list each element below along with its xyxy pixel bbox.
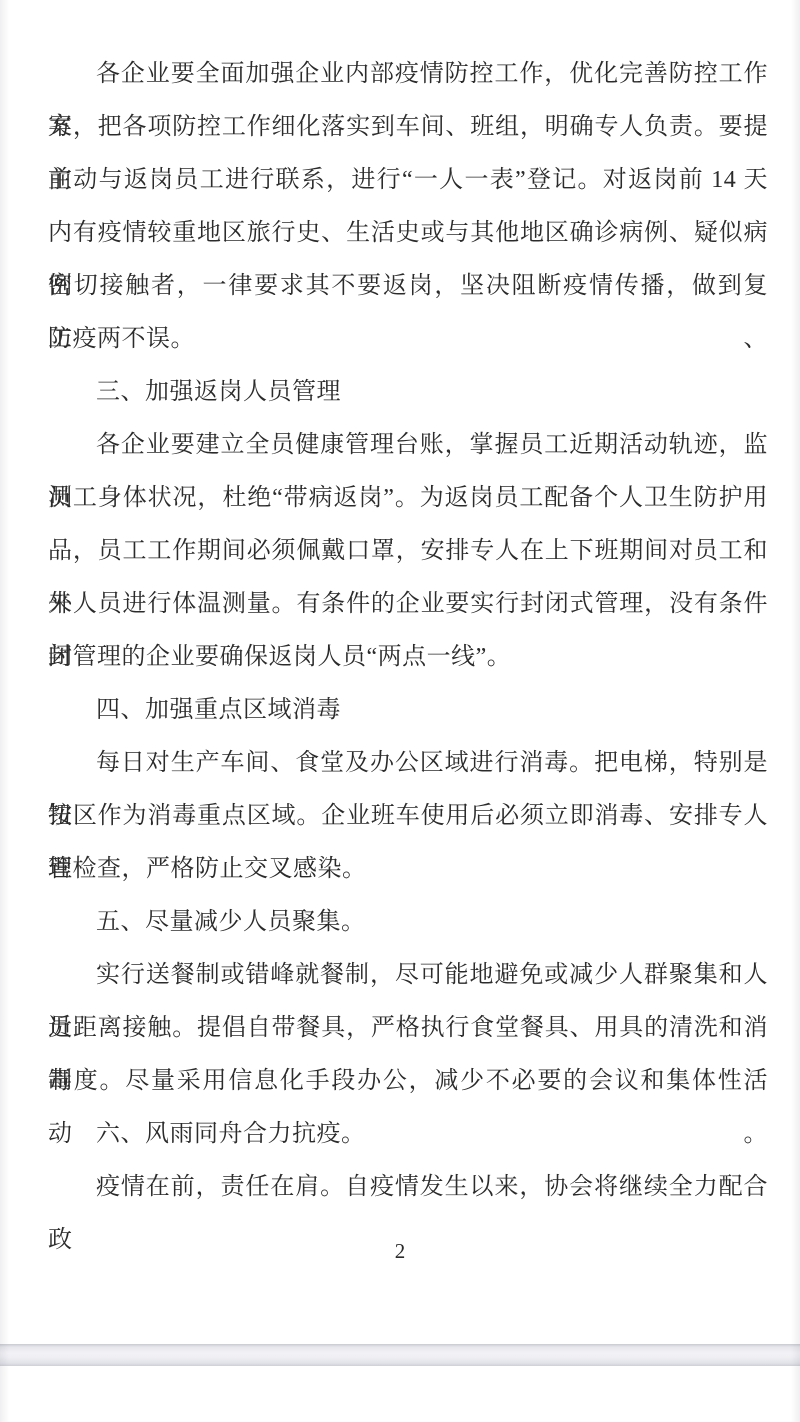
- text-line: 各企业要全面加强企业内部疫情防控工作，优化完善防控工作方: [48, 48, 768, 101]
- text-line: 案，把各项防控工作细化落实到车间、班组，明确专人负责。要提前: [48, 101, 768, 154]
- document-body: 各企业要全面加强企业内部疫情防控工作，优化完善防控工作方案，把各项防控工作细化落…: [48, 48, 768, 1214]
- heading-line: 三、加强返岗人员管理: [48, 366, 768, 419]
- heading-line: 四、加强重点区域消毒: [48, 684, 768, 737]
- text-line: 各企业要建立全员健康管理台账，掌握员工近期活动轨迹，监测: [48, 419, 768, 472]
- text-line: 制度。尽量采用信息化手段办公，减少不必要的会议和集体性活动。: [48, 1055, 768, 1108]
- text-line: 主动与返岗员工进行联系，进行“一人一表”登记。对返岗前 14 天: [48, 154, 768, 207]
- text-line: 闭管理的企业要确保返岗人员“两点一线”。: [48, 631, 768, 684]
- page-separator: [0, 1344, 800, 1366]
- page-number: 2: [0, 1225, 800, 1278]
- document-page: 各企业要全面加强企业内部疫情防控工作，优化完善防控工作方案，把各项防控工作细化落…: [0, 0, 800, 1422]
- page-edge-shadow-right: [791, 0, 800, 1422]
- text-line: 钮区作为消毒重点区域。企业班车使用后必须立即消毒、安排专人管: [48, 790, 768, 843]
- text-line: 来人员进行体温测量。有条件的企业要实行封闭式管理，没有条件封: [48, 578, 768, 631]
- text-line: 疫情在前，责任在肩。自疫情发生以来，协会将继续全力配合政: [48, 1161, 768, 1214]
- text-line: 近距离接触。提倡自带餐具，严格执行食堂餐具、用具的清洗和消毒: [48, 1002, 768, 1055]
- next-page-top: [0, 1366, 800, 1422]
- text-line: 品，员工工作期间必须佩戴口罩，安排专人在上下班期间对员工和外: [48, 525, 768, 578]
- heading-line: 五、尽量减少人员聚集。: [48, 896, 768, 949]
- text-line: 理检查，严格防止交叉感染。: [48, 843, 768, 896]
- document-viewer: 各企业要全面加强企业内部疫情防控工作，优化完善防控工作方案，把各项防控工作细化落…: [0, 0, 800, 1422]
- page-edge-shadow-left: [0, 0, 9, 1422]
- text-line: 每日对生产车间、食堂及办公区域进行消毒。把电梯，特别是按: [48, 737, 768, 790]
- text-line: 实行送餐制或错峰就餐制，尽可能地避免或减少人群聚集和人员: [48, 949, 768, 1002]
- text-line: 员工身体状况，杜绝“带病返岗”。为返岗员工配备个人卫生防护用: [48, 472, 768, 525]
- text-line: 密切接触者，一律要求其不要返岗，坚决阻断疫情传播，做到复工、: [48, 260, 768, 313]
- text-line: 内有疫情较重地区旅行史、生活史或与其他地区确诊病例、疑似病例: [48, 207, 768, 260]
